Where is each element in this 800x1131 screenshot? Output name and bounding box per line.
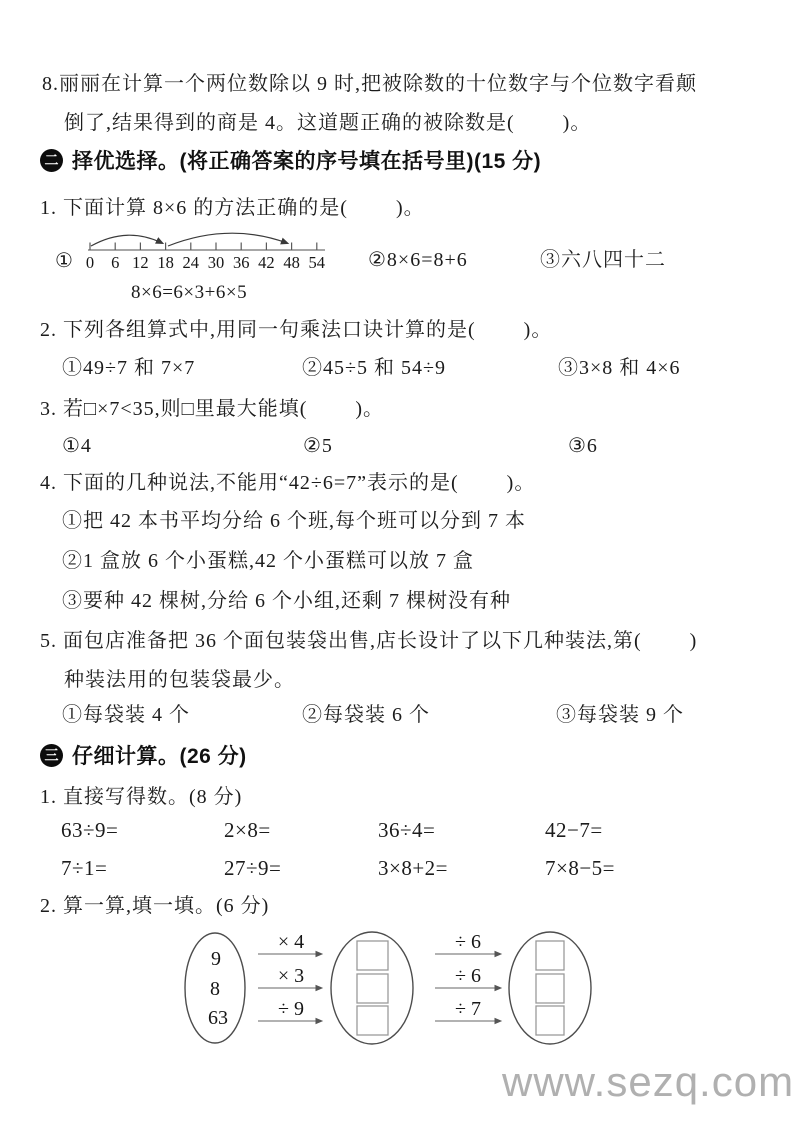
mc-q2-option-1: ①49÷7 和 7×7	[62, 356, 195, 380]
mc-q1-option-1-marker: ①	[55, 249, 74, 273]
mc-question-1: 1. 下面计算 8×6 的方法正确的是( )。	[40, 196, 425, 220]
mc-q4-option-1: ①把 42 本书平均分给 6 个班,每个班可以分到 7 本	[62, 509, 526, 533]
mc-q1-option-2: ②8×6=8+6	[368, 248, 468, 272]
worksheet-page: 8.丽丽在计算一个两位数除以 9 时,把被除数的十位数字与个位数字看颠 倒了,结…	[0, 0, 800, 1131]
numberline-jump-arcs	[91, 233, 287, 246]
fill-in-diagram: 9 8 63 × 4 × 3 ÷ 9 ÷ 6	[168, 924, 623, 1054]
calc-title-1: 1. 直接写得数。(8 分)	[40, 785, 242, 809]
operation-label: × 4	[278, 931, 304, 953]
section-2-header: 二 择优选择。(将正确答案的序号填在括号里)(15 分)	[40, 145, 541, 175]
calc-expression: 36÷4=	[378, 818, 435, 843]
operation-label: ÷ 7	[455, 998, 481, 1020]
numberline-tick-label: 30	[208, 253, 225, 272]
numberline-tick-label: 12	[132, 253, 149, 272]
source-number: 9	[211, 948, 221, 970]
mc-q3-option-1: ①4	[62, 434, 92, 458]
operation-label: × 3	[278, 965, 304, 987]
mc-q4-option-3: ③要种 42 棵树,分给 6 个小组,还剩 7 棵树没有种	[62, 589, 511, 613]
mc-question-4: 4. 下面的几种说法,不能用“42÷6=7”表示的是( )。	[40, 471, 535, 495]
mc-question-3: 3. 若□×7<35,则□里最大能填( )。	[40, 397, 384, 421]
numberline-tick-label: 42	[258, 253, 275, 272]
question-8-line-2: 倒了,结果得到的商是 4。这道题正确的被除数是( )。	[64, 111, 591, 135]
answer-box[interactable]	[536, 974, 564, 1003]
mc-question-5-line-1: 5. 面包店准备把 36 个面包装袋出售,店长设计了以下几种装法,第( )	[40, 629, 697, 653]
answer-box[interactable]	[357, 1006, 388, 1035]
mc-q2-option-3: ③3×8 和 4×6	[558, 356, 681, 380]
mc-q3-option-3: ③6	[568, 434, 598, 458]
middle-answer-boxes	[357, 941, 388, 1035]
mc-q1-option-3: ③六八四十二	[540, 248, 666, 272]
numberline-tick-label: 6	[111, 253, 119, 272]
mc-q2-option-2: ②45÷5 和 54÷9	[302, 356, 446, 380]
numberline-equation: 8×6=6×3+6×5	[131, 282, 247, 305]
source-number: 8	[210, 978, 220, 1000]
numberline-tick-labels: 0 6 12 18 24 30 36 42 48 54	[86, 253, 325, 272]
calc-expression: 7×8−5=	[545, 856, 615, 881]
operation-label: ÷ 6	[455, 965, 481, 987]
calc-expression: 3×8+2=	[378, 856, 448, 881]
operation-label: ÷ 9	[278, 998, 304, 1020]
watermark: www.sezq.com	[502, 1058, 794, 1106]
numberline-tick-label: 0	[86, 253, 94, 272]
source-numbers: 9 8 63	[208, 948, 228, 1029]
question-8-line-1: 8.丽丽在计算一个两位数除以 9 时,把被除数的十位数字与个位数字看颠	[42, 72, 697, 96]
calc-expression: 2×8=	[224, 818, 271, 843]
mc-q4-option-2: ②1 盒放 6 个小蛋糕,42 个小蛋糕可以放 7 盒	[62, 549, 474, 573]
calc-expression: 7÷1=	[61, 856, 107, 881]
stage-1-operation-labels: × 4 × 3 ÷ 9	[278, 931, 304, 1020]
numberline-tick-label: 18	[157, 253, 174, 272]
answer-box[interactable]	[357, 941, 388, 970]
numberline-tick-label: 48	[283, 253, 300, 272]
mc-q3-option-2: ②5	[303, 434, 333, 458]
mc-question-2: 2. 下列各组算式中,用同一句乘法口诀计算的是( )。	[40, 318, 552, 342]
section-3-header: 三 仔细计算。(26 分)	[40, 740, 247, 770]
numberline-tick-label: 54	[309, 253, 326, 272]
answer-box[interactable]	[536, 1006, 564, 1035]
calc-expression: 63÷9=	[61, 818, 118, 843]
section-2-title: 择优选择。(将正确答案的序号填在括号里)(15 分)	[72, 145, 541, 175]
answer-box[interactable]	[536, 941, 564, 970]
mc-q5-option-1: ①每袋装 4 个	[62, 703, 190, 727]
stage-2-operation-labels: ÷ 6 ÷ 6 ÷ 7	[455, 931, 481, 1020]
calc-expression: 42−7=	[545, 818, 603, 843]
circled-three-icon: 三	[40, 744, 63, 767]
section-3-title: 仔细计算。(26 分)	[72, 740, 247, 770]
mc-question-5-line-2: 种装法用的包装袋最少。	[64, 668, 295, 692]
calc-title-2: 2. 算一算,填一填。(6 分)	[40, 894, 269, 918]
operation-label: ÷ 6	[455, 931, 481, 953]
circled-two-icon: 二	[40, 149, 63, 172]
numberline-tick-label: 24	[183, 253, 200, 272]
calc-expression: 27÷9=	[224, 856, 281, 881]
number-line: 0 6 12 18 24 30 36 42 48 54	[83, 224, 329, 276]
answer-box[interactable]	[357, 974, 388, 1003]
mc-q5-option-2: ②每袋装 6 个	[302, 703, 430, 727]
source-number: 63	[208, 1007, 228, 1029]
mc-q5-option-3: ③每袋装 9 个	[556, 703, 684, 727]
numberline-tick-marks	[90, 243, 317, 251]
right-answer-boxes	[536, 941, 564, 1035]
numberline-tick-label: 36	[233, 253, 250, 272]
